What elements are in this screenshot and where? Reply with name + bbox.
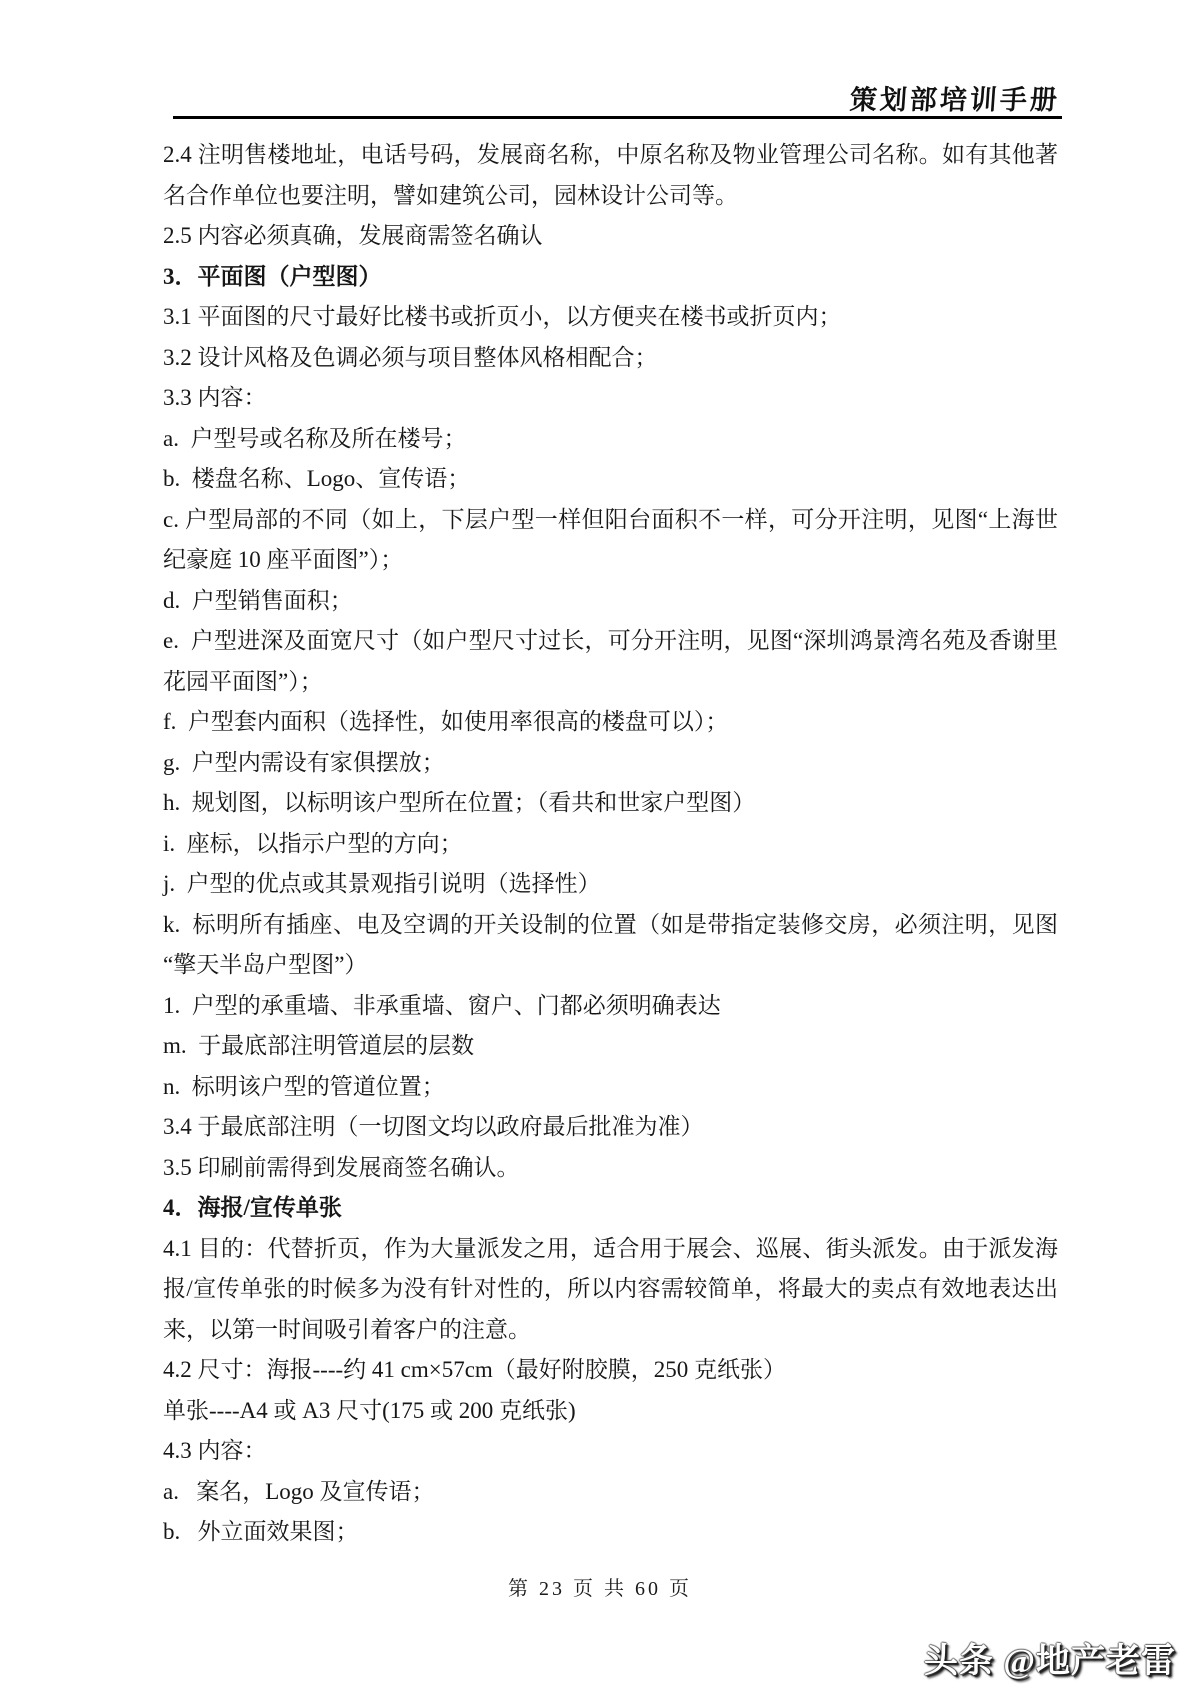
paragraph: 3.1 平面图的尺寸最好比楼书或折页小，以方便夹在楼书或折页内； — [163, 297, 1058, 338]
paragraph: f. 户型套内面积（选择性，如使用率很高的楼盘可以）； — [163, 702, 1058, 743]
paragraph: b. 楼盘名称、Logo、宣传语； — [163, 459, 1058, 500]
paragraph: c. 户型局部的不同（如上，下层户型一样但阳台面积不一样，可分开注明，见图“上海… — [163, 500, 1058, 581]
paragraph: b. 外立面效果图； — [163, 1512, 1058, 1553]
section-heading: 3．平面图（户型图） — [163, 257, 1058, 298]
paragraph: 3.3 内容： — [163, 378, 1058, 419]
header-rule — [173, 116, 1062, 119]
paragraph: 1. 户型的承重墙、非承重墙、窗户、门都必须明确表达 — [163, 986, 1058, 1027]
watermark: 头条 @地产老雷 — [924, 1633, 1176, 1682]
paragraph: i. 座标，以指示户型的方向； — [163, 824, 1058, 865]
page-number: 第 23 页 共 60 页 — [508, 1578, 692, 1600]
section-heading: 4．海报/宣传单张 — [163, 1188, 1058, 1229]
paragraph: 单张----A4 或 A3 尺寸(175 或 200 克纸张) — [163, 1391, 1058, 1432]
paragraph: n. 标明该户型的管道位置； — [163, 1067, 1058, 1108]
paragraph: 3.4 于最底部注明（一切图文均以政府最后批准为准） — [163, 1107, 1058, 1148]
header-title: 策划部培训手册 — [849, 78, 1062, 117]
paragraph: d. 户型销售面积； — [163, 581, 1058, 622]
paragraph: 4.3 内容： — [163, 1431, 1058, 1472]
paragraph: 2.4 注明售楼地址，电话号码，发展商名称，中原名称及物业管理公司名称。如有其他… — [163, 135, 1058, 216]
paragraph: 3.2 设计风格及色调必须与项目整体风格相配合； — [163, 338, 1058, 379]
document-body: 2.4 注明售楼地址，电话号码，发展商名称，中原名称及物业管理公司名称。如有其他… — [163, 135, 1058, 1553]
paragraph: 3.5 印刷前需得到发展商签名确认。 — [163, 1148, 1058, 1189]
paragraph: 2.5 内容必须真确，发展商需签名确认 — [163, 216, 1058, 257]
paragraph: 4.1 目的：代替折页，作为大量派发之用，适合用于展会、巡展、街头派发。由于派发… — [163, 1229, 1058, 1351]
paragraph: k. 标明所有插座、电及空调的开关设制的位置（如是带指定装修交房，必须注明，见图… — [163, 905, 1058, 986]
paragraph: h. 规划图，以标明该户型所在位置；（看共和世家户型图） — [163, 783, 1058, 824]
paragraph: 4.2 尺寸：海报----约 41 cm×57cm（最好附胶膜，250 克纸张） — [163, 1350, 1058, 1391]
paragraph: m. 于最底部注明管道层的层数 — [163, 1026, 1058, 1067]
paragraph: g. 户型内需设有家俱摆放； — [163, 743, 1058, 784]
paragraph: a. 户型号或名称及所在楼号； — [163, 419, 1058, 460]
paragraph: j. 户型的优点或其景观指引说明（选择性） — [163, 864, 1058, 905]
paragraph: e. 户型进深及面宽尺寸（如户型尺寸过长，可分开注明，见图“深圳鸿景湾名苑及香谢… — [163, 621, 1058, 702]
paragraph: a. 案名，Logo 及宣传语； — [163, 1472, 1058, 1513]
document-page: 策划部培训手册 2.4 注明售楼地址，电话号码，发展商名称，中原名称及物业管理公… — [0, 0, 1200, 1697]
page-footer: 第 23 页 共 60 页 — [0, 1572, 1200, 1601]
